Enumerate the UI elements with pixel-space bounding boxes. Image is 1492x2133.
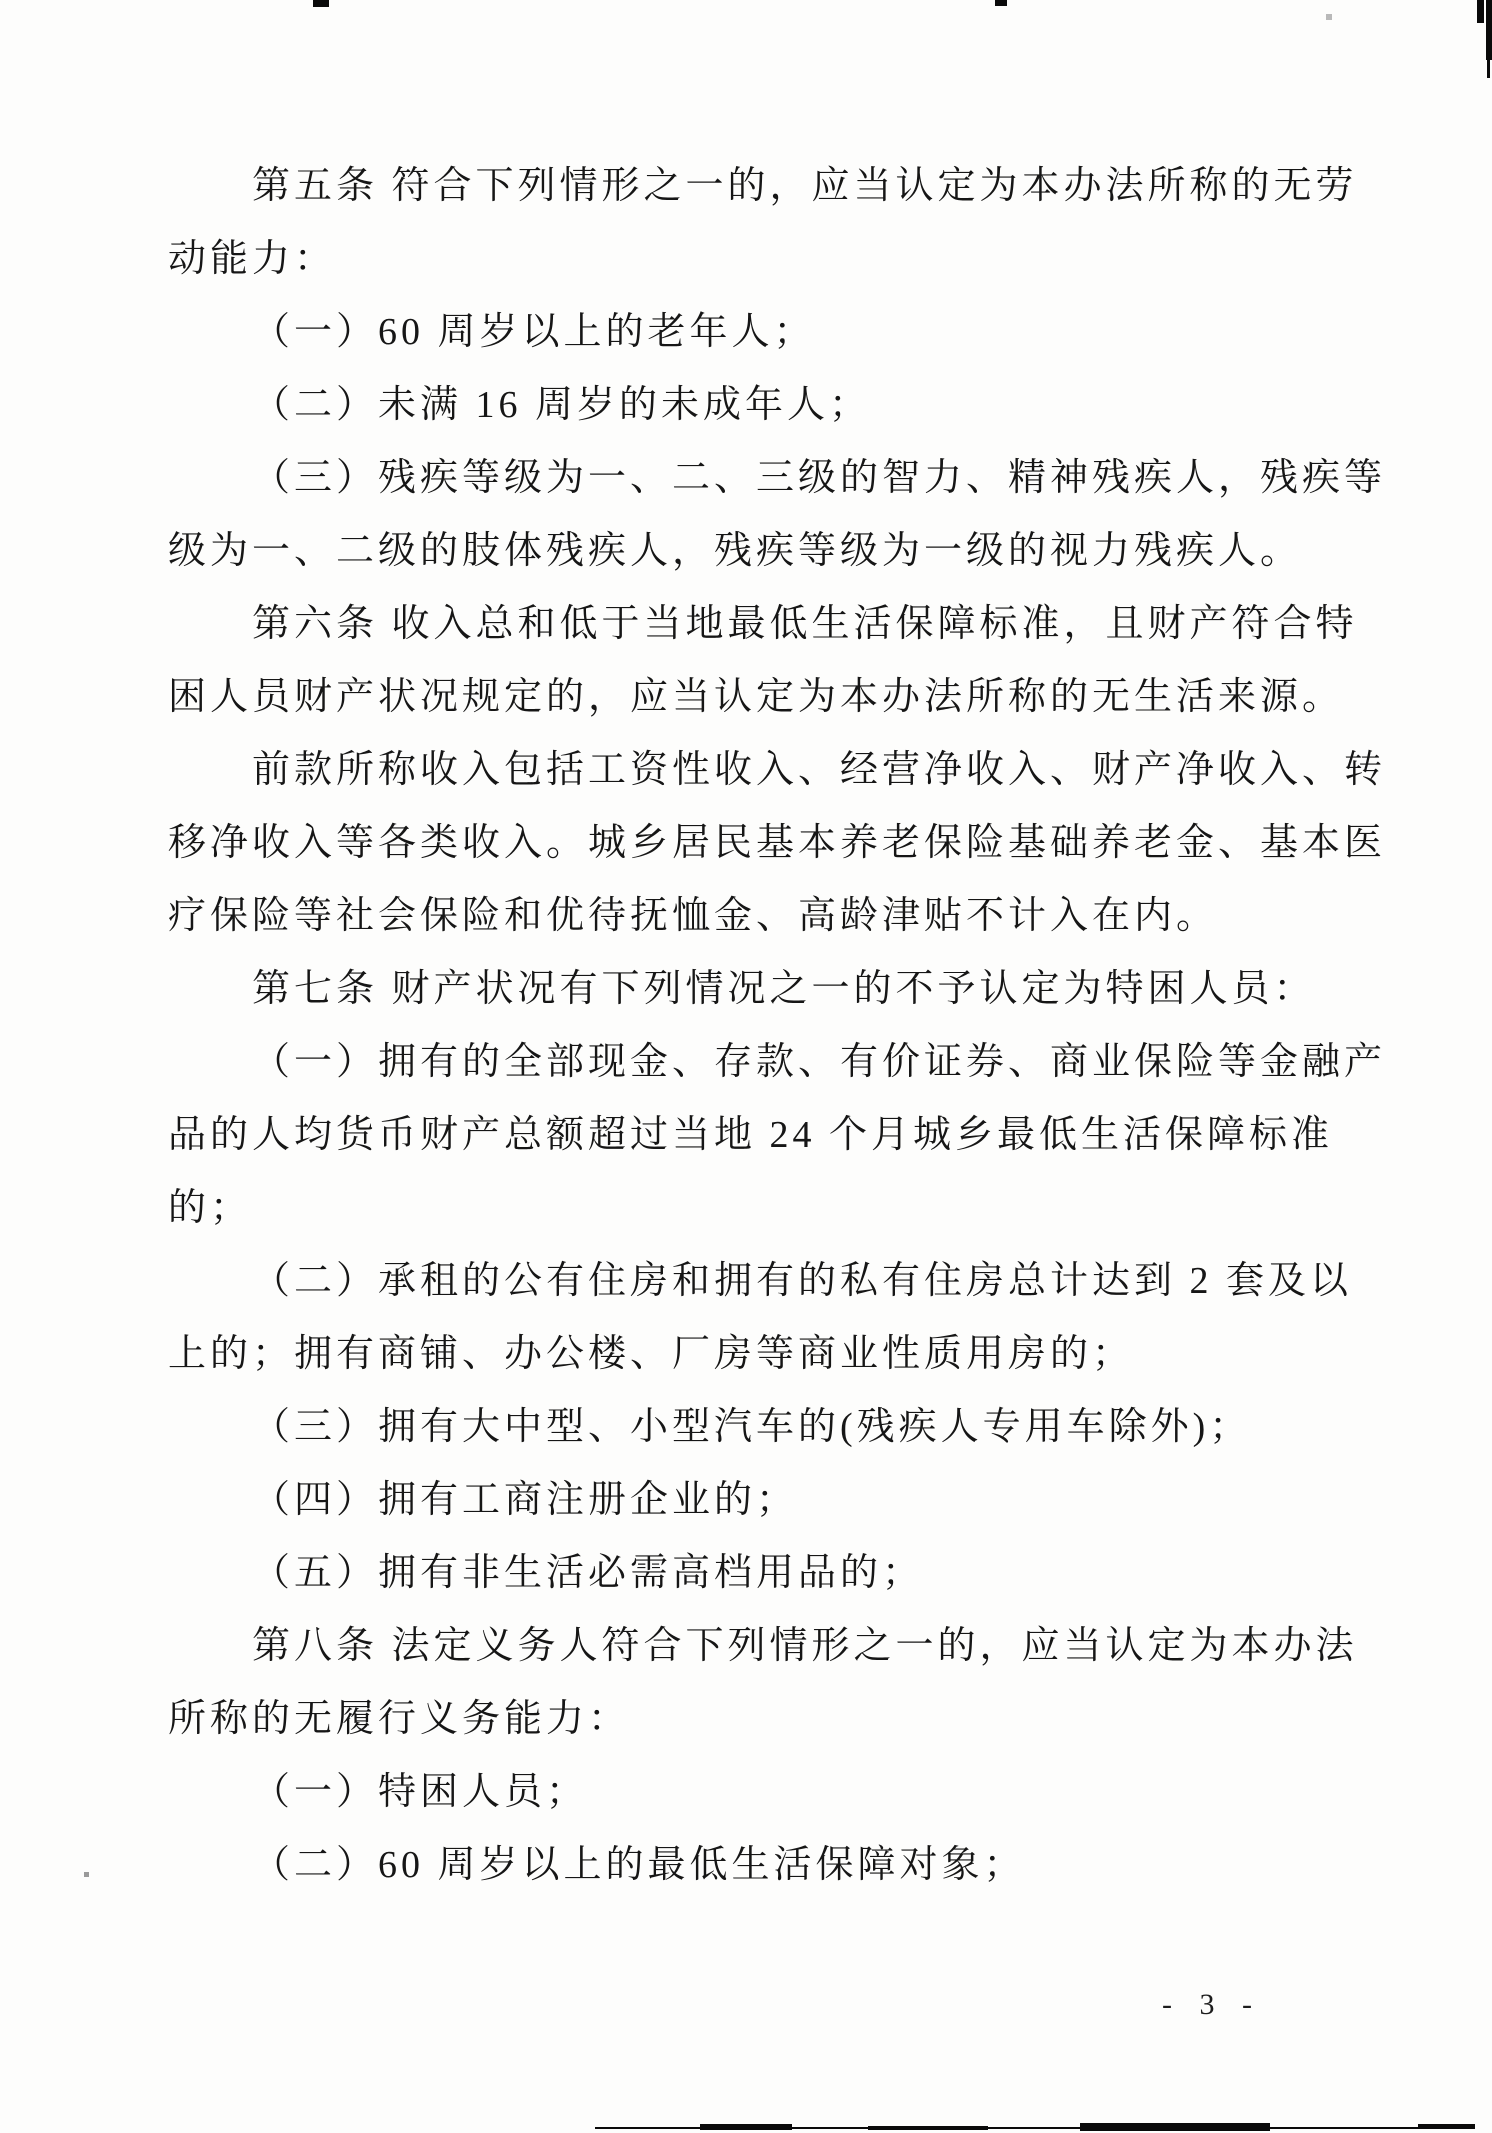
scan-artifact-corner-mark	[1477, 0, 1484, 23]
document-line: （五）拥有非生活必需高档用品的；	[168, 1537, 1308, 1610]
document-line: （二）未满 16 周岁的未成年人；	[168, 369, 1308, 442]
document-line: 所称的无履行义务能力：	[168, 1683, 1308, 1756]
scanned-document-page: 第五条 符合下列情形之一的，应当认定为本办法所称的无劳 动能力： （一）60 周…	[0, 0, 1492, 2133]
scan-artifact-bottom-edge	[1080, 2123, 1270, 2131]
scan-artifact-top-tick	[995, 0, 1007, 6]
document-body-text: 第五条 符合下列情形之一的，应当认定为本办法所称的无劳 动能力： （一）60 周…	[168, 150, 1308, 1902]
document-line: 动能力：	[168, 223, 1308, 296]
page-number: - 3 -	[1162, 1988, 1262, 2022]
document-line: 第八条 法定义务人符合下列情形之一的，应当认定为本办法	[168, 1610, 1308, 1683]
document-line: （一）60 周岁以上的老年人；	[168, 296, 1308, 369]
document-line: 困人员财产状况规定的，应当认定为本办法所称的无生活来源。	[168, 661, 1308, 734]
document-line: 移净收入等各类收入。城乡居民基本养老保险基础养老金、基本医	[168, 807, 1308, 880]
scan-artifact-bottom-edge	[700, 2124, 792, 2130]
scan-artifact-corner-line	[1487, 20, 1490, 78]
document-line: 上的；拥有商铺、办公楼、厂房等商业性质用房的；	[168, 1318, 1308, 1391]
document-line: 第六条 收入总和低于当地最低生活保障标准，且财产符合特	[168, 588, 1308, 661]
document-line: （二）60 周岁以上的最低生活保障对象；	[168, 1829, 1308, 1902]
document-line: （一）特困人员；	[168, 1756, 1308, 1829]
document-line: （四）拥有工商注册企业的；	[168, 1464, 1308, 1537]
document-line: （二）承租的公有住房和拥有的私有住房总计达到 2 套及以	[168, 1245, 1308, 1318]
document-line: 前款所称收入包括工资性收入、经营净收入、财产净收入、转	[168, 734, 1308, 807]
document-line: 级为一、二级的肢体残疾人，残疾等级为一级的视力残疾人。	[168, 515, 1308, 588]
scan-artifact-speck	[84, 1872, 89, 1877]
scan-artifact-bottom-edge	[1418, 2124, 1475, 2129]
document-line: 第五条 符合下列情形之一的，应当认定为本办法所称的无劳	[168, 150, 1308, 223]
document-line: 品的人均货币财产总额超过当地 24 个月城乡最低生活保障标准	[168, 1099, 1308, 1172]
document-line: 的；	[168, 1172, 1308, 1245]
scan-artifact-bottom-edge	[868, 2126, 988, 2130]
document-line: （三）残疾等级为一、二、三级的智力、精神残疾人，残疾等	[168, 442, 1308, 515]
document-line: （一）拥有的全部现金、存款、有价证券、商业保险等金融产	[168, 1026, 1308, 1099]
scan-artifact-speck	[1326, 14, 1332, 20]
document-line: （三）拥有大中型、小型汽车的(残疾人专用车除外)；	[168, 1391, 1308, 1464]
scan-artifact-top-tick	[313, 0, 329, 7]
document-line: 疗保险等社会保险和优待抚恤金、高龄津贴不计入在内。	[168, 880, 1308, 953]
document-line: 第七条 财产状况有下列情况之一的不予认定为特困人员：	[168, 953, 1308, 1026]
